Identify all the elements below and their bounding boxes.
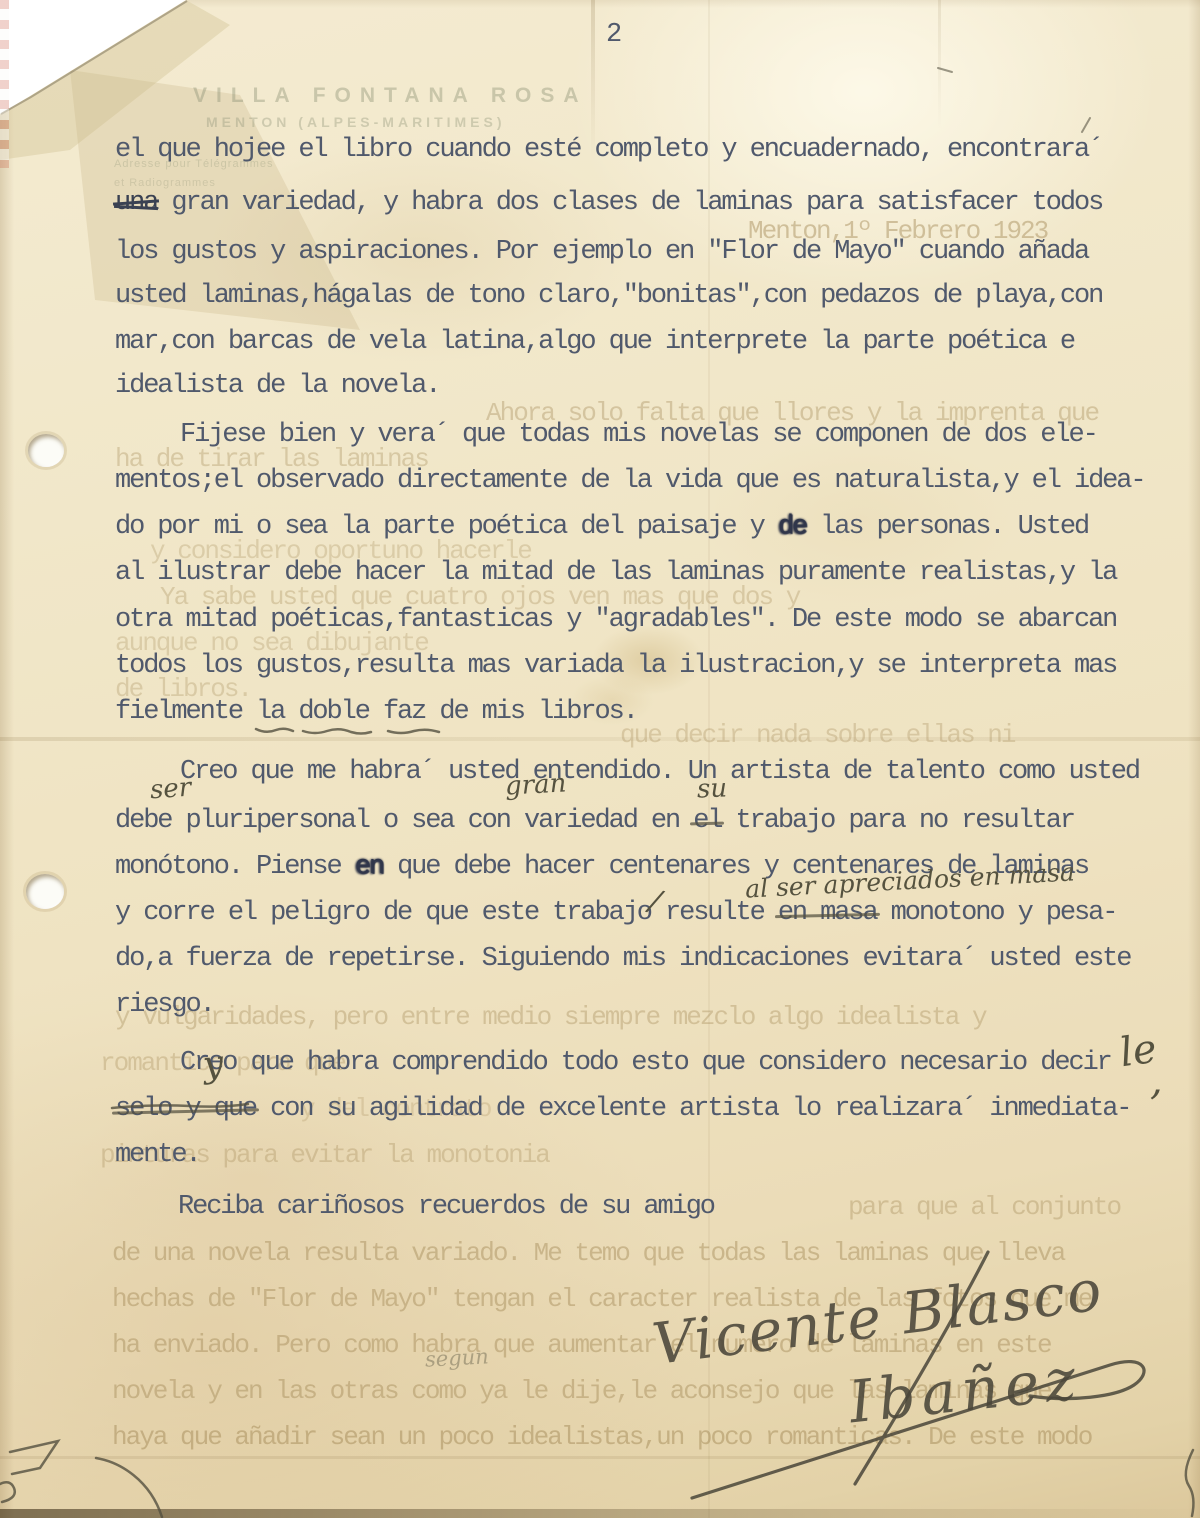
typed-line: y corre el peligro de que este trabajo r… xyxy=(115,898,1116,928)
typed-line: el que hojee el libro cuando esté comple… xyxy=(115,135,1102,165)
typed-line: selo y que con su agilidad de excelente … xyxy=(115,1094,1130,1124)
punch-hole-top xyxy=(28,434,64,467)
typed-text-blot: en xyxy=(355,852,383,882)
typed-text: las personas. Usted xyxy=(806,512,1088,542)
ghost-bleedthrough-line: y vulgaridades, pero entre medio siempre… xyxy=(115,1002,986,1032)
typed-text: do,a fuerza de repetirse. Siguiendo mis … xyxy=(115,944,1130,974)
pencil-annotation: su xyxy=(696,773,727,804)
ghost-bleedthrough-line: que decir nada sobre ellas ni xyxy=(620,720,1014,750)
pencil-annotation: y xyxy=(201,1043,226,1086)
typed-text: monótono. Piense xyxy=(115,852,355,882)
pencil-annotation: , xyxy=(1150,1058,1163,1104)
typed-line: mentos;el observado directamente de la v… xyxy=(115,466,1145,496)
scanned-letter-page: VILLA FONTANA ROSA MENTON (ALPES-MARITIM… xyxy=(0,0,1200,1518)
ghost-bleedthrough-line: para que al conjunto xyxy=(848,1192,1120,1222)
typed-text: el que hojee el libro cuando esté comple… xyxy=(115,135,1102,165)
typed-line: debe pluripersonal o sea con variedad en… xyxy=(115,806,1074,836)
typed-line: al ilustrar debe hacer la mitad de las l… xyxy=(115,558,1116,588)
letterhead-city: MENTON (ALPES-MARITIMES) xyxy=(206,114,506,130)
typed-text-ps: el xyxy=(693,806,721,836)
typed-text: riesgo. xyxy=(115,990,214,1020)
typed-line: riesgo. xyxy=(115,990,214,1020)
typed-text: al ilustrar debe hacer la mitad de las l… xyxy=(115,558,1116,588)
paper-sheet: VILLA FONTANA ROSA MENTON (ALPES-MARITIM… xyxy=(0,0,1200,1518)
typed-text: con su agilidad de excelente artista lo … xyxy=(256,1094,1130,1124)
typed-line: Fijese bien y vera´ que todas mis novela… xyxy=(180,420,1097,450)
typed-text: mar,con barcas de vela latina,algo que i… xyxy=(115,327,1074,357)
letterhead-villa-name: VILLA FONTANA ROSA xyxy=(193,84,588,108)
typed-text: debe pluripersonal o sea con variedad en xyxy=(115,806,693,836)
typed-text: gran variedad, y habra dos clases de lam… xyxy=(157,188,1102,218)
signature-block: Vicente Blasco Ibañez xyxy=(600,1222,1200,1518)
typed-line: todos los gustos,resulta mas variada la … xyxy=(115,651,1116,681)
typed-line: mar,con barcas de vela latina,algo que i… xyxy=(115,327,1074,357)
typed-line: una gran variedad, y habra dos clases de… xyxy=(115,188,1102,218)
typed-text: usted laminas,hágalas de tono claro,"bon… xyxy=(115,281,1102,311)
typed-text: mente. xyxy=(115,1140,200,1170)
typed-text: monotono y pesa- xyxy=(877,898,1117,928)
typed-line: fielmente la doble faz de mis libros. xyxy=(115,697,637,727)
typed-text-ps: en masa xyxy=(778,898,877,928)
typed-line: usted laminas,hágalas de tono claro,"bon… xyxy=(115,281,1102,311)
signature-last-name: Ibañez xyxy=(845,1344,1085,1436)
page-number: 2 xyxy=(606,20,622,50)
typed-line: Creo que habra comprendido todo esto que… xyxy=(180,1048,1111,1078)
typed-line: do,a fuerza de repetirse. Siguiendo mis … xyxy=(115,944,1130,974)
pencil-annotation: segun xyxy=(424,1344,489,1371)
typed-line: mente. xyxy=(115,1140,200,1170)
horizontal-crease xyxy=(0,737,1200,741)
typed-line: los gustos y aspiraciones. Por ejemplo e… xyxy=(115,237,1088,267)
typed-text: Reciba cariñosos recuerdos de su amigo xyxy=(178,1192,714,1222)
typed-line: do por mi o sea la parte poética del pai… xyxy=(115,512,1088,542)
typed-text: fielmente la doble faz de mis libros. xyxy=(115,697,637,727)
typed-text: Creo que me habra´ usted entendido. Un a… xyxy=(180,757,1139,787)
typed-line: Reciba cariñosos recuerdos de su amigo xyxy=(178,1192,714,1222)
typed-text: trabajo para no resultar xyxy=(721,806,1074,836)
typed-text: los gustos y aspiraciones. Por ejemplo e… xyxy=(115,237,1088,267)
typed-text-blot: de xyxy=(778,512,806,542)
typed-text: todos los gustos,resulta mas variada la … xyxy=(115,651,1116,681)
typed-line: idealista de la novela. xyxy=(115,371,439,401)
pencil-annotation: gran xyxy=(504,768,567,801)
typed-text: Fijese bien y vera´ que todas mis novela… xyxy=(180,420,1097,450)
typed-text-ink: una xyxy=(115,188,157,218)
typed-text: mentos;el observado directamente de la v… xyxy=(115,466,1145,496)
typed-line: Creo que me habra´ usted entendido. Un a… xyxy=(180,757,1139,787)
pencil-annotation: ser xyxy=(149,773,192,806)
typed-text: do por mi o sea la parte poética del pai… xyxy=(115,512,778,542)
typed-line: otra mitad poéticas,fantasticas y "agrad… xyxy=(115,605,1116,635)
typed-text: otra mitad poéticas,fantasticas y "agrad… xyxy=(115,605,1116,635)
scan-edge-artifact xyxy=(0,0,9,168)
typed-text-ps: selo y que xyxy=(115,1094,256,1124)
typed-text: Creo que habra comprendido todo esto que… xyxy=(180,1048,1111,1078)
page-bottom-edge xyxy=(0,1509,1200,1518)
punch-hole-bottom xyxy=(26,874,64,909)
vertical-crease xyxy=(938,0,941,130)
typed-text: idealista de la novela. xyxy=(115,371,439,401)
typed-text: y corre el peligro de que este trabajo r… xyxy=(115,898,778,928)
